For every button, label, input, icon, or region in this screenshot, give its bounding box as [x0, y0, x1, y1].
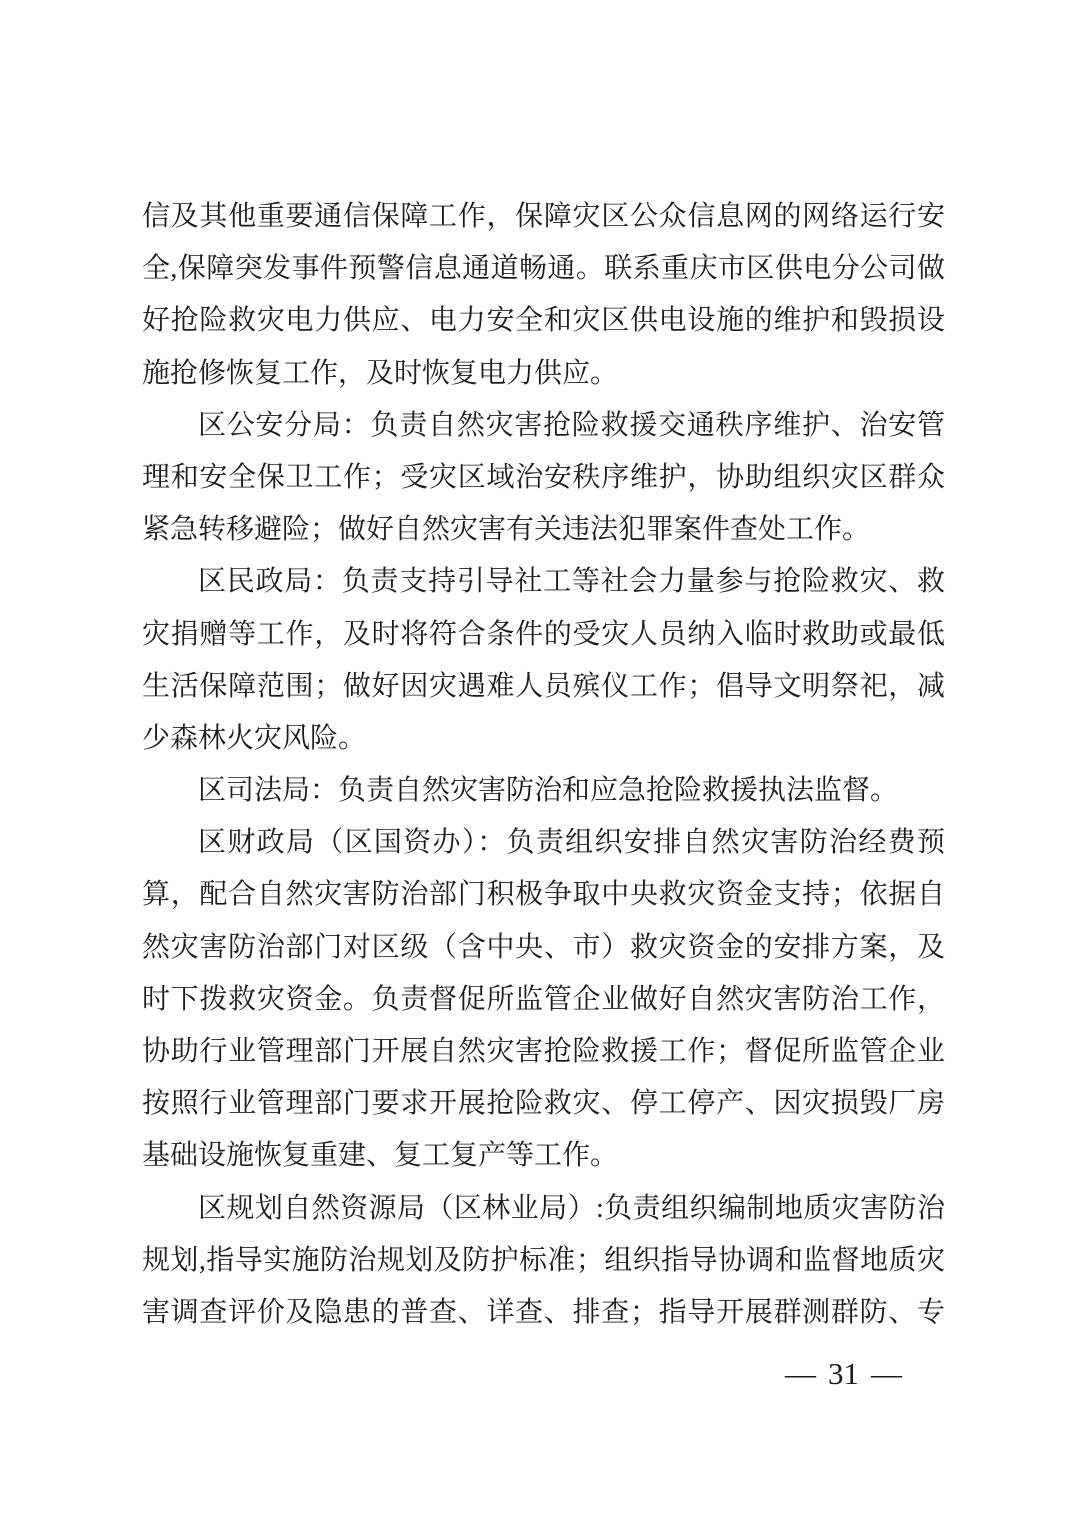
text-line: 信及其他重要通信保障工作，保障灾区公众信息网的网络运行安 — [142, 191, 945, 243]
text-line: 按照行业管理部门要求开展抢险救灾、停工停产、因灾损毁厂房 — [142, 1078, 945, 1130]
text-line: 全,保障突发事件预警信息通道畅通。联系重庆市区供电分公司做 — [142, 243, 945, 295]
text-line: 时下拨救灾资金。负责督促所监管企业做好自然灾害防治工作， — [142, 974, 945, 1026]
footer-dash-left: — — [785, 1352, 816, 1396]
text-line: 区民政局：负责支持引导社工等社会力量参与抢险救灾、救 — [142, 556, 945, 608]
page-footer: —31— — [785, 1352, 902, 1396]
text-line: 少森林火灾风险。 — [142, 713, 945, 765]
text-line: 算，配合自然灾害防治部门积极争取中央救灾资金支持；依据自 — [142, 869, 945, 921]
page-number: 31 — [828, 1352, 859, 1396]
text-line: 区公安分局：负责自然灾害抢险救援交通秩序维护、治安管 — [142, 400, 945, 452]
text-line: 规划,指导实施防治规划及防护标准；组织指导协调和监督地质灾 — [142, 1235, 945, 1287]
text-line: 协助行业管理部门开展自然灾害抢险救援工作；督促所监管企业 — [142, 1026, 945, 1078]
text-line: 生活保障范围；做好因灾遇难人员殡仪工作；倡导文明祭祀，减 — [142, 661, 945, 713]
text-line: 区司法局：负责自然灾害防治和应急抢险救援执法监督。 — [142, 765, 945, 817]
text-line: 区财政局（区国资办）：负责组织安排自然灾害防治经费预 — [142, 817, 945, 869]
document-text-block: 信及其他重要通信保障工作，保障灾区公众信息网的网络运行安 全,保障突发事件预警信… — [142, 191, 945, 1339]
footer-dash-right: — — [871, 1352, 902, 1396]
text-line: 好抢险救灾电力供应、电力安全和灾区供电设施的维护和毁损设 — [142, 295, 945, 347]
text-line: 灾捐赠等工作，及时将符合条件的受灾人员纳入临时救助或最低 — [142, 609, 945, 661]
text-line: 施抢修恢复工作，及时恢复电力供应。 — [142, 348, 945, 400]
text-line: 区规划自然资源局（区林业局）:负责组织编制地质灾害防治 — [142, 1183, 945, 1235]
text-line: 理和安全保卫工作；受灾区域治安秩序维护，协助组织灾区群众 — [142, 452, 945, 504]
text-line: 害调查评价及隐患的普查、详查、排查；指导开展群测群防、专 — [142, 1287, 945, 1339]
text-line: 紧急转移避险；做好自然灾害有关违法犯罪案件查处工作。 — [142, 504, 945, 556]
document-page: 信及其他重要通信保障工作，保障灾区公众信息网的网络运行安 全,保障突发事件预警信… — [0, 0, 1074, 1520]
text-line: 然灾害防治部门对区级（含中央、市）救灾资金的安排方案，及 — [142, 922, 945, 974]
text-line: 基础设施恢复重建、复工复产等工作。 — [142, 1130, 945, 1182]
